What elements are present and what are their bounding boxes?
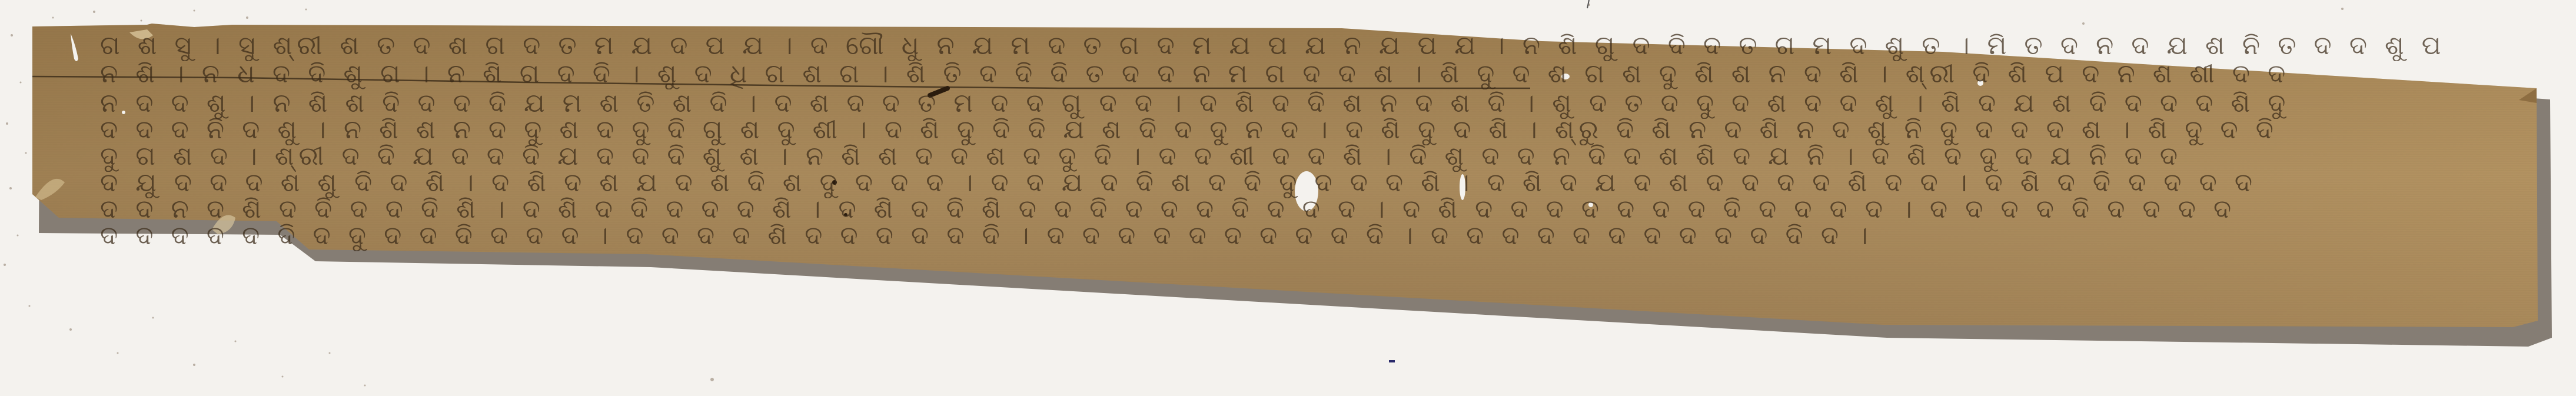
manuscript-line-3: ନ ଦ ଦ ଶୁ । ନ ଶି ଶ ଦି ଦ ଦ ଦି ଯ ମ ଶ ତି ଶ ଦ…: [100, 88, 2290, 118]
manuscript-line-7: ଦ ଦ ନ ଦ ଶି ଦ ଦି ଦ ଦ ଦି ଶି । ଦ ଶି ଦ ଦି ଦ …: [100, 194, 2236, 224]
manuscript-line-5: ଦୁ ଗ ଶ ଦ । ଶ୍ରୀ ଦ ଦି ଯ ଦ ଦ ଦି ଯ ଦ ଦ ଦି ଶ…: [100, 141, 2182, 171]
manuscript-line-6: ଦ ଯୁ ଦ ଦ ଦ ଶ ଶୁ ଦି ଦ ଶି । ଦ ଶି ଦ ଶ ଯ ଦ ଶ…: [100, 168, 2257, 198]
manuscript-line-1: ଗ ଶ ସୁ । ସୁ ଶ୍ରୀ ଶ ତ ଦ ଶ ଗ ଦ ତ ମ ଯ ଦ ପ ଯ…: [100, 31, 2446, 61]
manuscript-line-2: ନ ଶି । ନ ଧ ଦ ଦି ଶୁ ଗ । ନ ଶି ଗ ଦ ଦି । ଶୁ …: [100, 59, 2290, 89]
manuscript-line-4: ଦ ଦ ଦ ନି ଦ ଶୁ । ନ ଶି ଶ ନ ଦ ଦୁ ଶ ଦ ଦୁ ଦି …: [100, 115, 2278, 145]
manuscript-line-8: ଦ ଦ ଦ ଦ ଦ ଦି ଦ ଦୁ ଦ ଦ ଦି ଦ ଦ ଦ । ଦ ଦ ଦ ଦ…: [100, 221, 1873, 251]
